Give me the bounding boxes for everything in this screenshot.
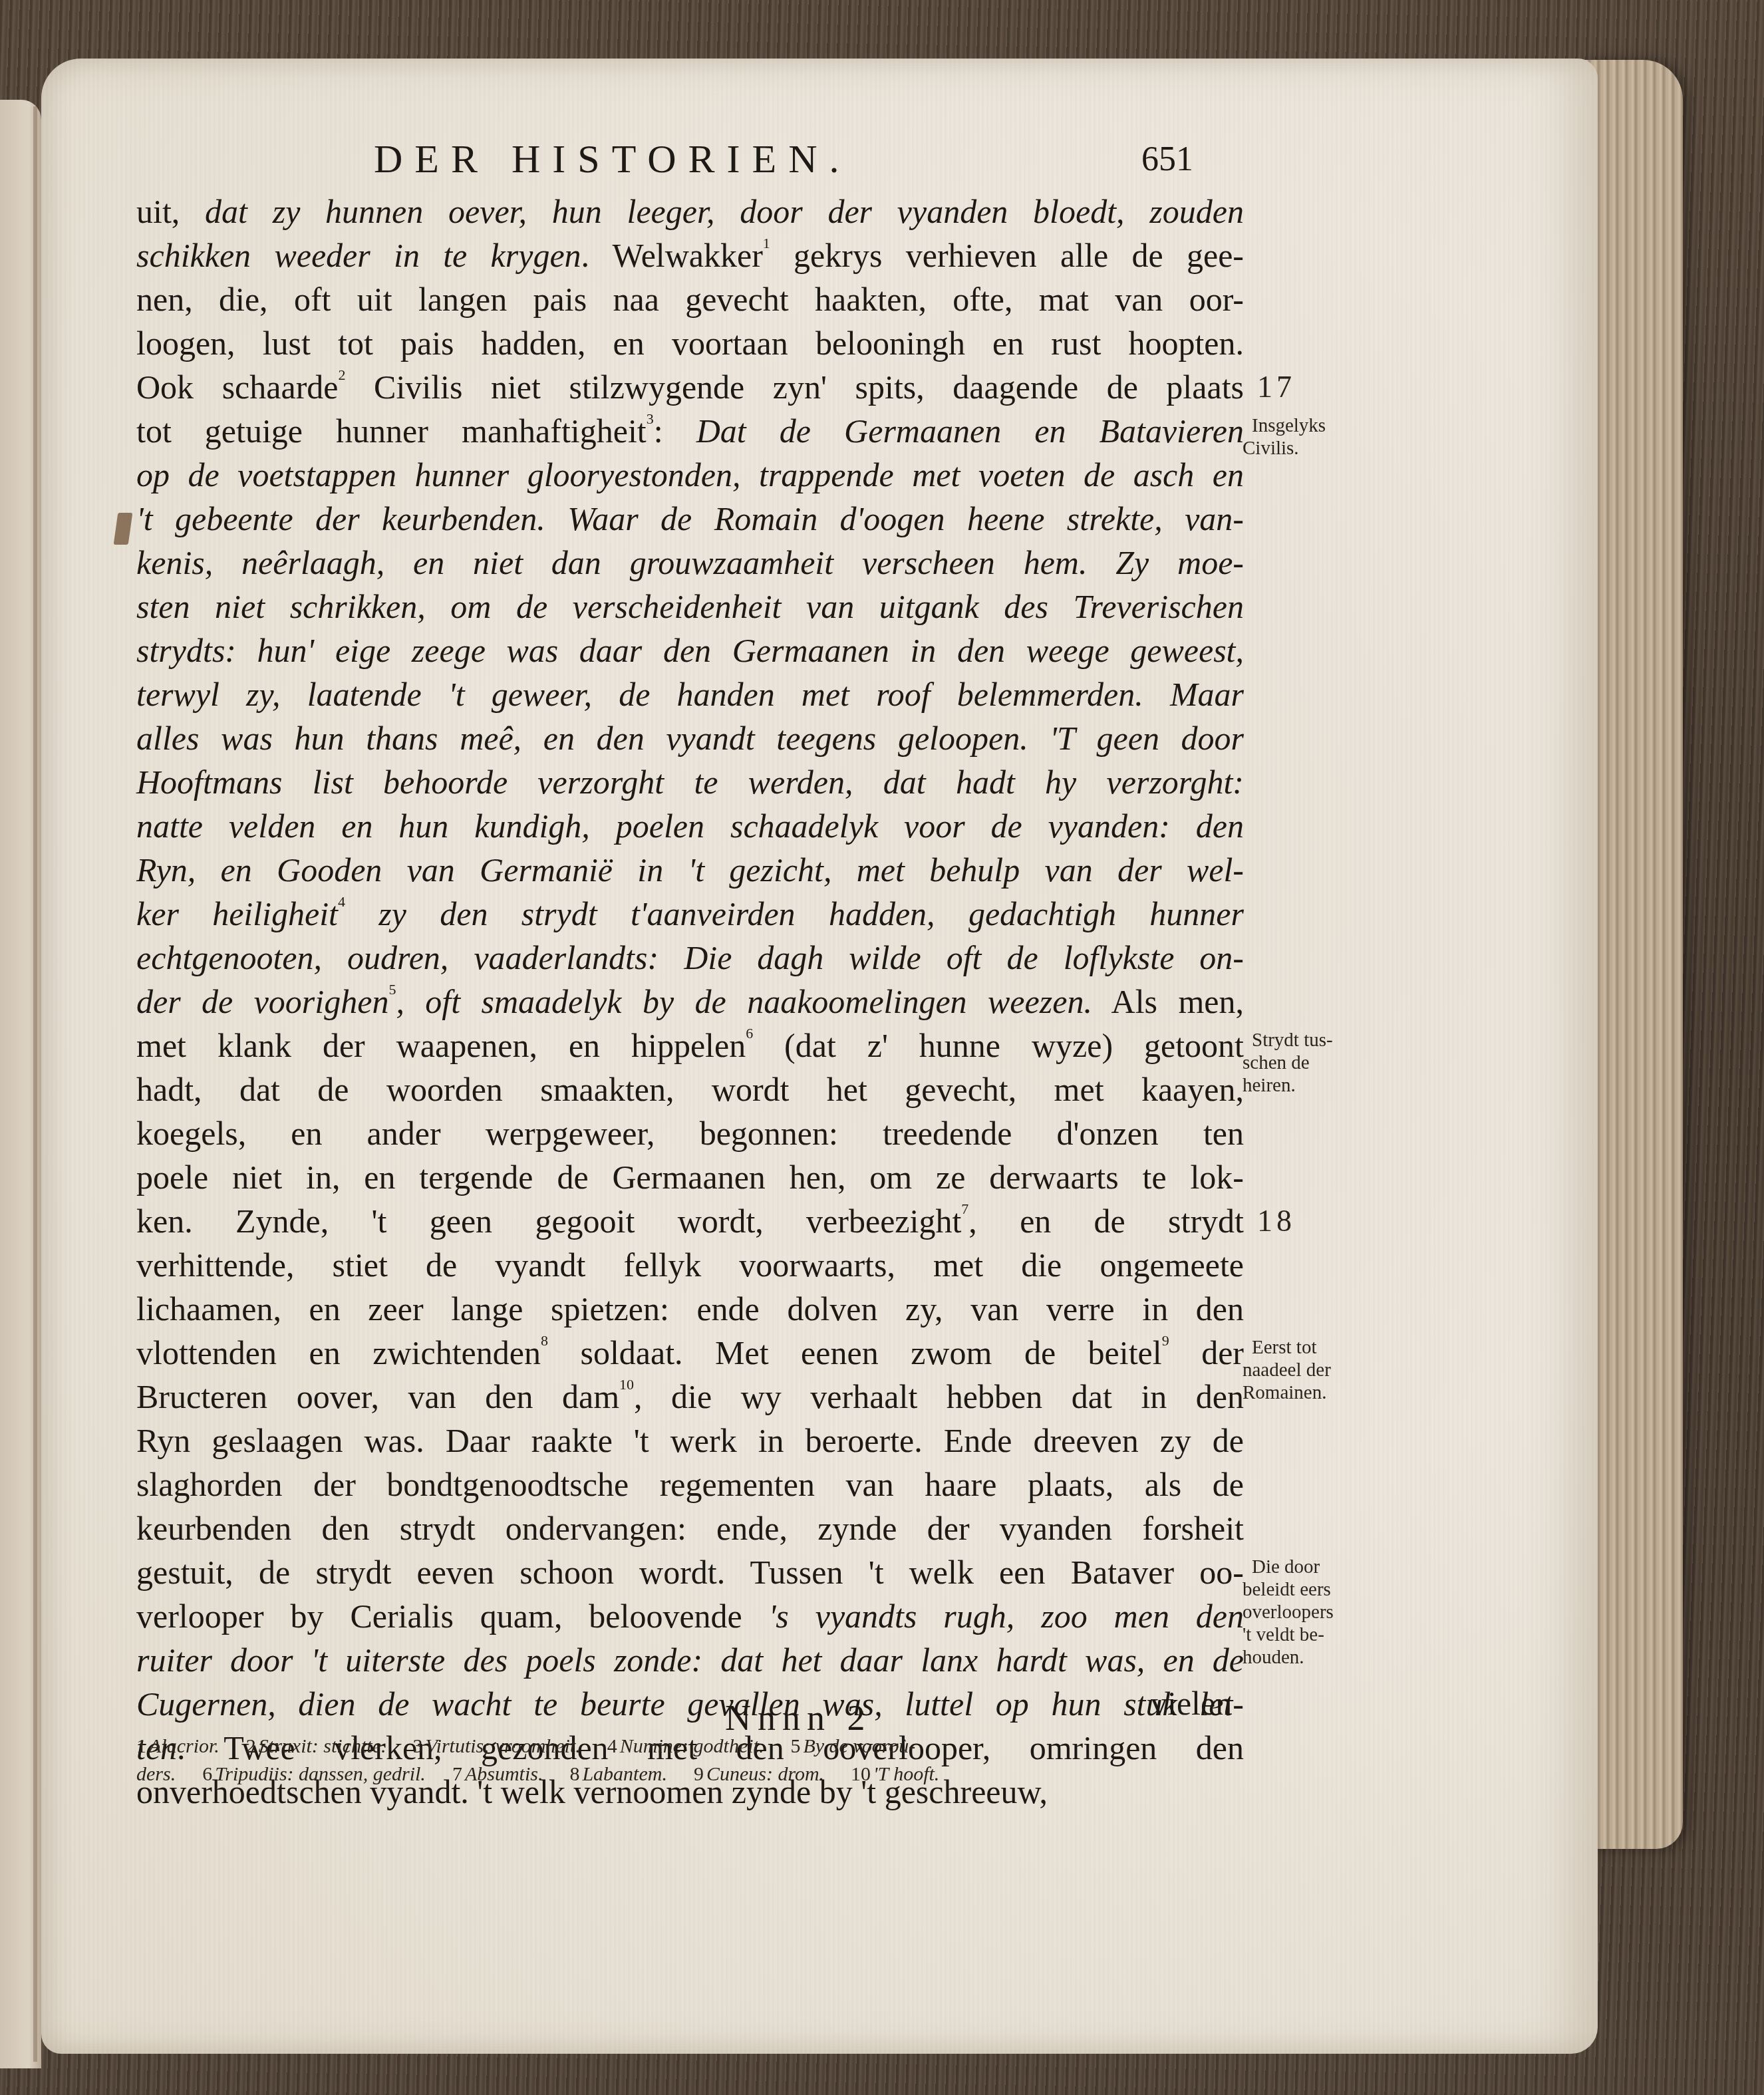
text-line: echtgenooten, oudren, vaaderlandts: Die … [136,936,1244,980]
text-segment: hadt, dat de woorden smaakten, wordt het… [136,1071,1244,1108]
text-segment: Ook schaarde [136,368,339,406]
text-segment: echtgenooten, oudren, vaaderlandts: Die … [136,939,1244,976]
text-line: Hooftmans list behoorde verzorght te wer… [136,760,1244,804]
margin-note-line: Strydt tus- [1243,1029,1376,1051]
footnote-line: 1Alacrior.2Struxit: stichtte.3Virtutis: … [136,1733,1254,1760]
text-line: 't gebeente der keurbenden. Waar de Roma… [136,497,1244,541]
text-segment: ruiter door 't uiterste des poels zonde:… [136,1641,1244,1679]
margin-note-line: Romainen. [1243,1381,1376,1404]
text-segment: Ryn geslaagen was. Daar raakte 't werk i… [136,1422,1244,1459]
text-line: vlottenden en zwichtenden8 soldaat. Met … [136,1331,1244,1375]
text-segment: Ryn, en Gooden van Germanië in 't gezich… [136,851,1244,889]
footnote-ref: 6 [746,1025,753,1042]
text-segment: keurbenden den strydt ondervangen: ende,… [136,1510,1244,1547]
footnote-text: Struxit: stichtte. [259,1735,386,1757]
footnote-text: Absumtis. [465,1763,543,1785]
text-segment: loogen, lust tot pais hadden, en voortaa… [136,325,1244,362]
text-segment: sten niet schrikken, om de verscheidenhe… [136,588,1244,625]
text-segment: strydts: hun' eige zeege was daar den Ge… [136,632,1244,669]
text-segment: Civilis niet stilzwygende zyn' spits, da… [346,368,1244,406]
text-segment: , en de strydt [968,1202,1244,1240]
catchword: vielen [1151,1684,1232,1723]
text-line: keurbenden den strydt ondervangen: ende,… [136,1506,1244,1550]
footnote-ref: 9 [1162,1332,1169,1349]
footnote: ders. [136,1763,176,1785]
text-segment: slaghorden der bondtgenoodtsche regement… [136,1466,1244,1503]
margin-note: InsgelyksCivilis. [1243,414,1376,460]
text-line: verhittende, stiet de vyandt fellyk voor… [136,1243,1244,1287]
footnote-text: 'T hooft. [873,1763,939,1785]
footnote-ref: 10 [619,1376,634,1393]
text-segment: tot getuige hunner manhaftigheit [136,412,647,450]
footnote-text: Labantem. [582,1763,667,1785]
footnote-ref: 4 [338,893,345,910]
text-segment: terwyl zy, laatende 't geweer, de handen… [136,676,1244,713]
margin-note: Strydt tus-schen deheiren. [1243,1029,1376,1097]
text-segment: vlottenden en zwichtenden [136,1334,541,1371]
page-number: 651 [1141,140,1193,179]
text-line: lichaamen, en zeer lange spietzen: ende … [136,1287,1244,1331]
footnote-text: Virtutis: vroomheit. [425,1735,580,1757]
footnote: 4Numine: godtheit. [607,1735,764,1757]
footnote-number: 2 [246,1735,256,1757]
text-segment: gekrys verhieven alle de gee- [770,237,1244,274]
text-line: ruiter door 't uiterste des poels zonde:… [136,1638,1244,1682]
text-line: uit, dat zy hunnen oever, hun leeger, do… [136,190,1244,233]
footnote: 6Tripudiis: danssen, gedril. [202,1763,426,1785]
text-line: ker heiligheit4 zy den strydt t'aanveird… [136,892,1244,936]
text-line: Ryn geslaagen was. Daar raakte 't werk i… [136,1419,1244,1463]
section-number: 17 [1257,369,1296,404]
text-line: loogen, lust tot pais hadden, en voortaa… [136,321,1244,365]
footnote-ref: 7 [961,1200,968,1217]
text-line: ken. Zynde, 't geen gegooit wordt, verbe… [136,1199,1244,1243]
footnote-text: Cuneus: drom. [706,1763,824,1785]
footnote-number: 1 [136,1735,146,1757]
text-segment: . Welwakker [581,237,763,274]
margin-note-line: overloopers [1243,1601,1376,1623]
text-line: verlooper by Cerialis quam, beloovende '… [136,1594,1244,1638]
text-line: hadt, dat de woorden smaakten, wordt het… [136,1067,1244,1111]
text-segment: der [1169,1334,1244,1371]
text-segment: ken. Zynde, 't geen gegooit wordt, verbe… [136,1202,961,1240]
text-line: Bructeren oover, van den dam10, die wy v… [136,1375,1244,1419]
text-segment: schikken weeder in te krygen [136,237,581,274]
text-segment: dat zy hunnen oever, hun leeger, door de… [205,193,1244,230]
footnote-number: 7 [452,1763,462,1785]
margin-note-line: beleidt eers [1243,1578,1376,1601]
text-segment: ker heiligheit [136,895,338,932]
text-segment: poele niet in, en tergende de Germaanen … [136,1159,1244,1196]
margin-note-line: Civilis. [1243,437,1376,460]
margin-note-line: 't veldt be- [1243,1623,1376,1646]
footnote-text: Numine: godtheit. [620,1735,764,1757]
text-segment: zy den strydt t'aanveirden hadden, gedac… [345,895,1244,932]
body-text: uit, dat zy hunnen oever, hun leeger, do… [136,190,1244,1814]
text-line: natte velden en hun kundigh, poelen scha… [136,804,1244,848]
text-segment: (dat z' hunne wyze) getoont [753,1027,1244,1064]
text-segment: Dat de Germaanen en Batavieren [696,412,1244,450]
paper-damage-spot [114,513,133,545]
footnote: 10'T hooft. [851,1763,939,1785]
text-line: nen, die, oft uit langen pais naa gevech… [136,277,1244,321]
text-segment: Hooftmans list behoorde verzorght te wer… [136,764,1244,801]
section-number: 18 [1257,1203,1296,1238]
text-line: met klank der waapenen, en hippelen6 (da… [136,1024,1244,1067]
text-line: strydts: hun' eige zeege was daar den Ge… [136,628,1244,672]
text-segment: kenis, neêrlaagh, en niet dan grouwzaamh… [136,544,1244,581]
text-line: Ryn, en Gooden van Germanië in 't gezich… [136,848,1244,892]
footnote-number: 6 [202,1763,212,1785]
text-line: Cugernen, dien de wacht te beurte gevall… [136,1682,1244,1726]
text-segment: verhittende, stiet de vyandt fellyk voor… [136,1246,1244,1284]
text-segment: 't gebeente der keurbenden. Waar de Roma… [136,500,1244,537]
footnote-number: 9 [694,1763,704,1785]
text-segment: der de voorighen [136,983,388,1020]
margin-note-line: schen de [1243,1051,1376,1074]
footnote-number: 3 [412,1735,422,1757]
text-line: tot getuige hunner manhaftigheit3: Dat d… [136,409,1244,453]
book-gutter [33,106,37,2062]
text-segment: uit, [136,193,205,230]
text-segment: nen, die, oft uit langen pais naa gevech… [136,281,1244,318]
text-segment: verlooper by Cerialis quam, beloovende [136,1598,769,1635]
footnote: 5By de vooroù- [790,1735,915,1757]
footnote: 2Struxit: stichtte. [246,1735,386,1757]
footnote-text: Alacrior. [149,1735,220,1757]
text-line: schikken weeder in te krygen. Welwakker1… [136,233,1244,277]
text-segment: op de voetstappen hunner glooryestonden,… [136,456,1244,493]
footnote-ref: 5 [388,981,396,998]
text-line: koegels, en ander werpgeweer, begonnen: … [136,1111,1244,1155]
footnote-ref: 8 [541,1332,548,1349]
footnote-ref: 2 [339,366,346,383]
footnote-number: 10 [851,1763,871,1785]
margin-note-line: naadeel der [1243,1359,1376,1381]
footnote-ref: 1 [763,235,770,251]
margin-note: Eerst totnaadeel derRomainen. [1243,1336,1376,1404]
text-segment: met klank der waapenen, en hippelen [136,1027,746,1064]
text-line: der de voorighen5, oft smaadelyk by de n… [136,980,1244,1024]
text-segment: , die wy verhaalt hebben dat in den [634,1378,1244,1415]
text-line: kenis, neêrlaagh, en niet dan grouwzaamh… [136,541,1244,585]
footnote-ref: 3 [647,410,654,427]
footnote-number: 8 [569,1763,579,1785]
footnote: 1Alacrior. [136,1735,220,1757]
margin-note-line: houden. [1243,1646,1376,1669]
text-segment: koegels, en ander werpgeweer, begonnen: … [136,1115,1244,1152]
footnote-text: By de vooroù- [803,1735,915,1757]
margin-note: Die doorbeleidt eersoverloopers't veldt … [1243,1556,1376,1669]
text-line: slaghorden der bondtgenoodtsche regement… [136,1463,1244,1506]
margin-note-line: Eerst tot [1243,1336,1376,1359]
text-segment: Bructeren oover, van den dam [136,1378,619,1415]
text-segment: gestuit, de strydt eeven schoon wordt. T… [136,1554,1244,1591]
text-segment: , oft smaadelyk by de naakoomelingen wee… [396,983,1092,1020]
text-line: alles was hun thans meê, en den vyandt t… [136,716,1244,760]
running-title: DER HISTORIEN. [374,136,972,182]
page-stack-edges [1583,60,1683,1849]
footnote-number: 5 [790,1735,800,1757]
footnote-text: ders. [136,1763,176,1785]
text-segment: Cugernen, dien de wacht te beurte gevall… [136,1685,1244,1723]
text-segment: Als men, [1092,983,1244,1020]
text-segment: soldaat. Met eenen zwom de beitel [548,1334,1162,1371]
text-line: gestuit, de strydt eeven schoon wordt. T… [136,1550,1244,1594]
footnote-line: ders.6Tripudiis: danssen, gedril.7Absumt… [136,1760,1254,1788]
text-segment: 's vyandts rugh, zoo men den [769,1598,1244,1635]
text-line: poele niet in, en tergende de Germaanen … [136,1155,1244,1199]
margin-note-line: heiren. [1243,1074,1376,1097]
text-line: sten niet schrikken, om de verscheidenhe… [136,585,1244,628]
margin-note-line: Insgelyks [1243,414,1376,437]
text-segment: natte velden en hun kundigh, poelen scha… [136,807,1244,845]
text-line: Ook schaarde2 Civilis niet stilzwygende … [136,365,1244,409]
footnote-text: Tripudiis: danssen, gedril. [215,1763,426,1785]
text-segment: : [654,412,696,450]
footnotes: 1Alacrior.2Struxit: stichtte.3Virtutis: … [136,1733,1254,1788]
text-line: op de voetstappen hunner glooryestonden,… [136,453,1244,497]
footnote: 3Virtutis: vroomheit. [412,1735,580,1757]
margin-note-line: Die door [1243,1556,1376,1578]
footnote: 9Cuneus: drom. [694,1763,824,1785]
text-segment: alles was hun thans meê, en den vyandt t… [136,720,1244,757]
footnote: 8Labantem. [569,1763,667,1785]
text-line: terwyl zy, laatende 't geweer, de handen… [136,672,1244,716]
text-segment: lichaamen, en zeer lange spietzen: ende … [136,1290,1244,1327]
footnote: 7Absumtis. [452,1763,543,1785]
footnote-number: 4 [607,1735,617,1757]
